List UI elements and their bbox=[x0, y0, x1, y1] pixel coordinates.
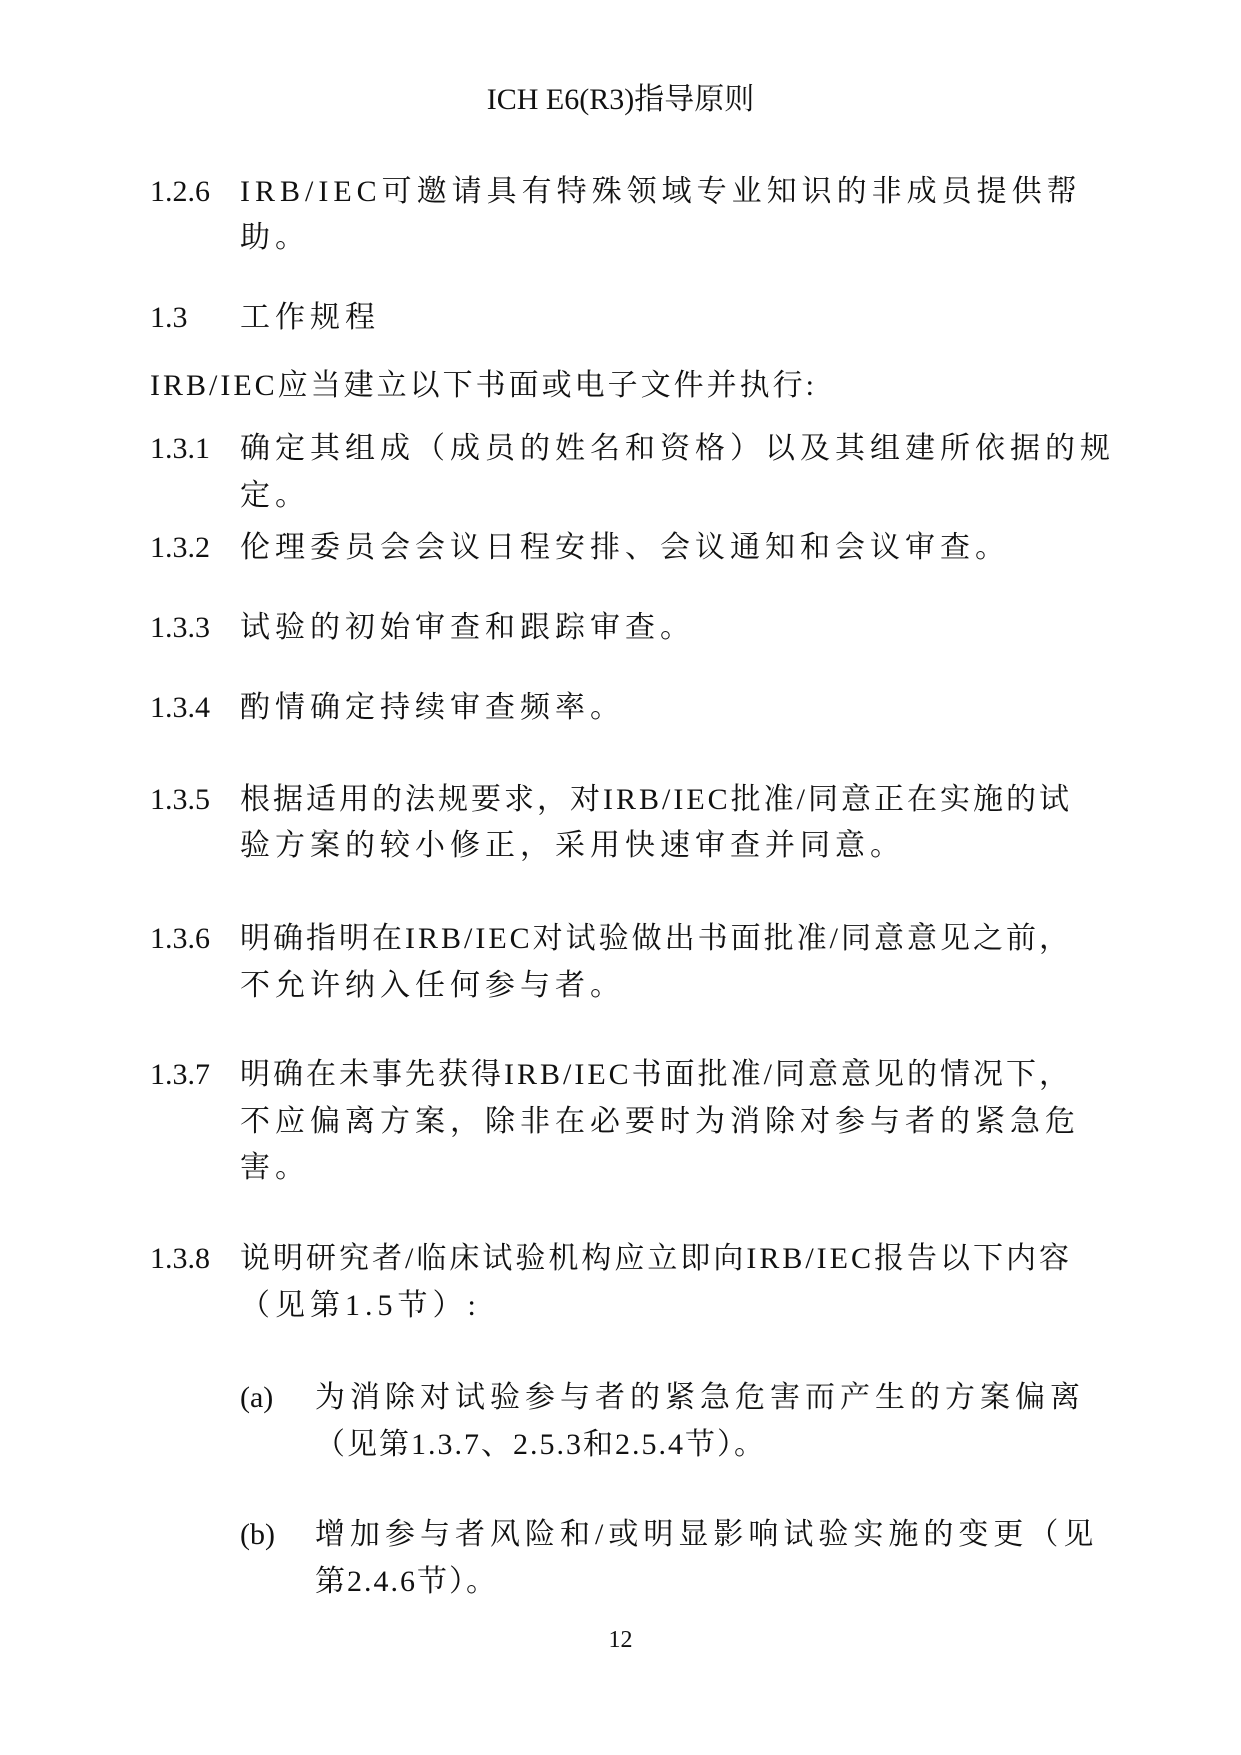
section-text-line: 确定其组成（成员的姓名和资格）以及其组建所依据的规 bbox=[240, 427, 1115, 471]
subitem-label: (a) bbox=[240, 1376, 273, 1420]
subitem-label: (b) bbox=[240, 1513, 275, 1557]
section-text-line: 说明研究者/临床试验机构应立即向IRB/IEC报告以下内容 bbox=[240, 1237, 1072, 1281]
page-number: 12 bbox=[0, 1624, 1241, 1656]
subitem-text-line: 增加参与者风险和/或明显影响试验实施的变更（见 bbox=[315, 1513, 1098, 1557]
page-header: ICH E6(R3)指导原则 bbox=[0, 78, 1241, 122]
document-page: ICH E6(R3)指导原则 1.2.6 IRB/IEC可邀请具有特殊领域专业知… bbox=[0, 0, 1241, 1755]
section-text-line: （见第1.5节）: bbox=[240, 1284, 481, 1328]
section-number: 1.3.6 bbox=[150, 917, 210, 961]
subitem-text-line: （见第1.3.7、2.5.3和2.5.4节）。 bbox=[315, 1423, 766, 1467]
section-heading: 工作规程 bbox=[240, 296, 380, 340]
section-text-line: 根据适用的法规要求，对IRB/IEC批准/同意正在实施的试 bbox=[240, 778, 1072, 822]
section-number: 1.3.5 bbox=[150, 778, 210, 822]
subitem-text-line: 第2.4.6节）。 bbox=[315, 1560, 498, 1604]
section-text-line: 明确在未事先获得IRB/IEC书面批准/同意意见的情况下， bbox=[240, 1053, 1072, 1097]
section-number: 1.3.8 bbox=[150, 1237, 210, 1281]
section-text-line: 定。 bbox=[240, 474, 310, 518]
section-text-line: 助。 bbox=[240, 216, 310, 260]
section-number: 1.3.7 bbox=[150, 1053, 210, 1097]
subitem-text-line: 为消除对试验参与者的紧急危害而产生的方案偏离 bbox=[315, 1376, 1085, 1420]
section-text-line: 试验的初始审查和跟踪审查。 bbox=[240, 606, 695, 650]
section-number: 1.3.1 bbox=[150, 427, 210, 471]
section-text-line: 不应偏离方案，除非在必要时为消除对参与者的紧急危 bbox=[240, 1100, 1080, 1144]
section-number: 1.3.2 bbox=[150, 526, 210, 570]
section-text-line: 酌情确定持续审查频率。 bbox=[240, 686, 625, 730]
section-text-line: 伦理委员会会议日程安排、会议通知和会议审查。 bbox=[240, 526, 1010, 570]
section-text-line: 验方案的较小修正，采用快速审查并同意。 bbox=[240, 824, 905, 868]
intro-text: IRB/IEC应当建立以下书面或电子文件并执行: bbox=[150, 364, 817, 408]
section-number: 1.3.3 bbox=[150, 606, 210, 650]
section-number: 1.2.6 bbox=[150, 170, 210, 214]
section-text-line: 不允许纳入任何参与者。 bbox=[240, 964, 625, 1008]
section-text-line: 害。 bbox=[240, 1146, 310, 1190]
section-text-line: IRB/IEC可邀请具有特殊领域专业知识的非成员提供帮 bbox=[240, 170, 1082, 214]
section-text-line: 明确指明在IRB/IEC对试验做出书面批准/同意意见之前， bbox=[240, 917, 1072, 961]
section-number: 1.3 bbox=[150, 296, 188, 340]
section-number: 1.3.4 bbox=[150, 686, 210, 730]
